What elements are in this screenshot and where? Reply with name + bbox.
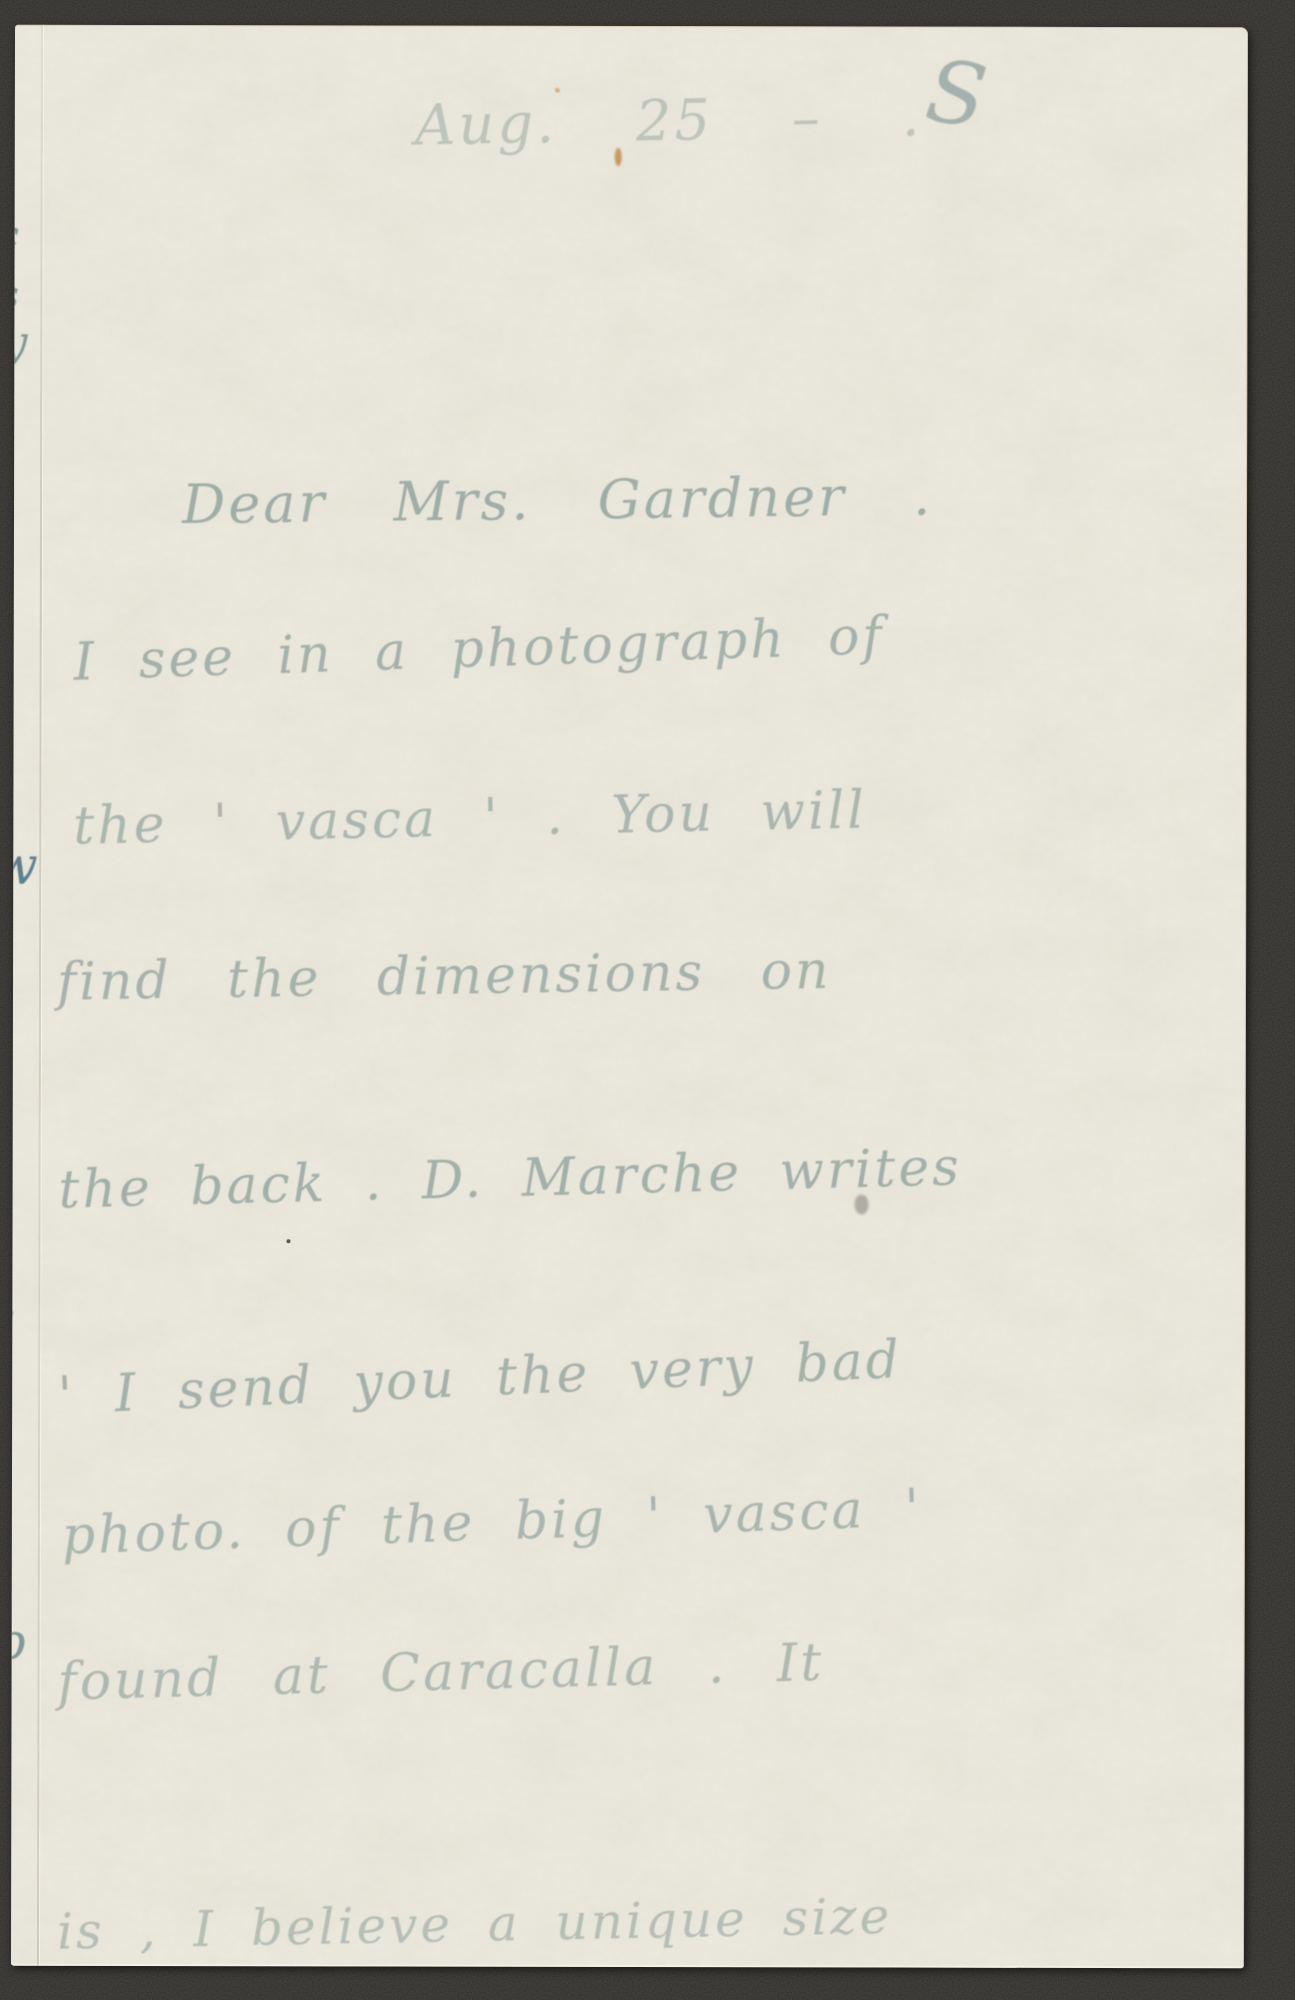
letter-line: ' I send you the very bad	[57, 1330, 903, 1426]
margin-ink-fragment: l	[11, 1303, 16, 1366]
letter-line: found at Caracalla . It	[57, 1633, 825, 1713]
ink-dot	[286, 1239, 290, 1243]
fold-crease	[37, 25, 43, 1966]
letter-paper-sheet: S Aug. 25 – . Dear Mrs. Gardner . I see …	[11, 25, 1248, 1969]
letter-line: find the dimensions on	[57, 941, 832, 1013]
letter-line: photo. of the big ' vasca '	[61, 1479, 923, 1567]
letter-line: I see in a photograph of	[73, 606, 886, 693]
letter-line: the back . D. Marche writes	[58, 1137, 963, 1220]
rust-stain	[615, 148, 622, 166]
margin-ink-fragment: s	[11, 273, 19, 319]
margin-ink-fragment: )	[11, 407, 16, 461]
margin-ink-fragment: b	[11, 1613, 28, 1671]
letter-line: is , I believe a unique size	[56, 1887, 892, 1961]
dust-smudge	[855, 1194, 869, 1214]
margin-ink-fragment: w	[11, 837, 38, 897]
salutation-line: Dear Mrs. Gardner .	[182, 464, 934, 536]
margin-ink-fragment: c	[11, 213, 19, 259]
letter-line: the ' vasca ' . You will	[73, 780, 868, 856]
rust-speck	[555, 88, 560, 93]
scanned-letter-page: S Aug. 25 – . Dear Mrs. Gardner . I see …	[0, 0, 1295, 2000]
date-line: Aug. 25 – .	[414, 84, 923, 159]
corner-mark: S	[920, 41, 992, 148]
margin-ink-fragment: y	[11, 315, 28, 371]
